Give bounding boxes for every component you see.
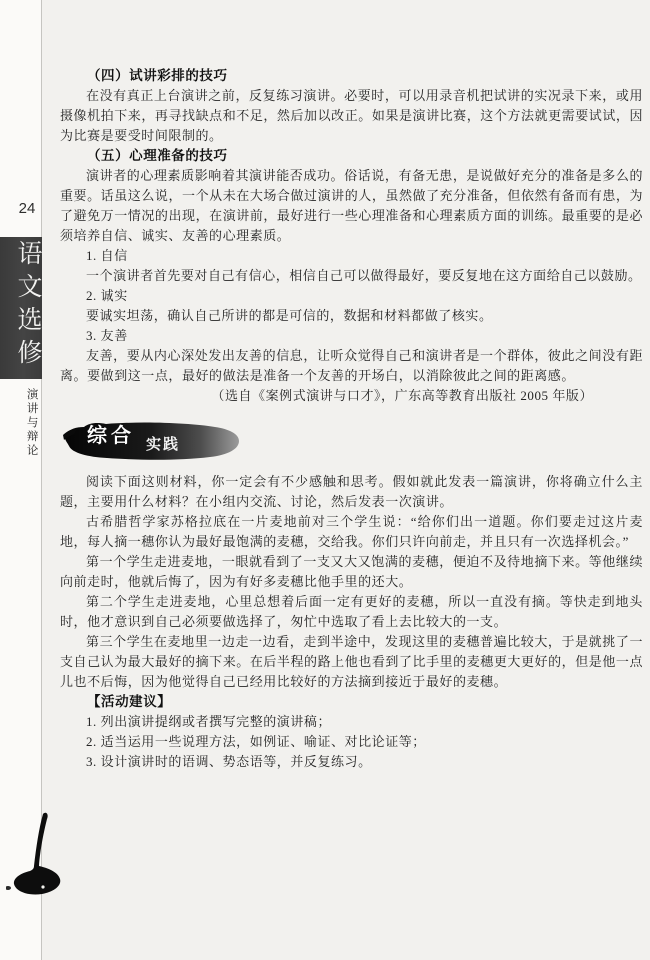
series-title-bar: 语文选修 (0, 237, 42, 379)
story-paragraph: 第三个学生在麦地里一边走一边看，走到半途中，发现这里的麦穗普遍比较大，于是就挑了… (60, 632, 643, 692)
page-content: （四）试讲彩排的技巧 在没有真正上台演讲之前，反复练习演讲。必要时，可以用录音机… (60, 66, 643, 772)
list-item-text: 友善，要从内心深处发出友善的信息，让听众觉得自己和演讲者是一个群体，彼此之间没有… (60, 346, 643, 386)
ink-brush-mark-icon (6, 810, 66, 910)
suggestion-item: 1. 列出演讲提纲或者撰写完整的演讲稿； (60, 712, 643, 732)
section5-intro: 演讲者的心理素质影响着其演讲能否成功。俗话说，有备无患，是说做好充分的准备是多么… (60, 166, 643, 246)
suggestion-item: 3. 设计演讲时的语调、势态语等，并反复练习。 (60, 752, 643, 772)
practice-section-banner: 综合 实践 (62, 420, 244, 460)
story-paragraph: 古希腊哲学家苏格拉底在一片麦地前对三个学生说：“给你们出一道题。你们要走过这片麦… (60, 512, 643, 552)
suggestions-heading: 【活动建议】 (60, 692, 643, 712)
list-item-text: 要诚实坦荡，确认自己所讲的都是可信的，数据和材料都做了核实。 (60, 306, 643, 326)
banner-title: 综合 (87, 426, 135, 446)
list-item-label: 1. 自信 (60, 246, 643, 266)
section4-paragraph: 在没有真正上台演讲之前，反复练习演讲。必要时，可以用录音机把试讲的实况录下来，或… (60, 86, 643, 146)
volume-subtitle: 演讲与辩论 (25, 388, 38, 458)
list-item-label: 2. 诚实 (60, 286, 643, 306)
list-item-text: 一个演讲者首先要对自己有信心，相信自己可以做得最好，要反复地在这方面给自己以鼓励… (60, 266, 643, 286)
story-paragraph: 第一个学生走进麦地，一眼就看到了一支又大又饱满的麦穗，便迫不及待地摘下来。等他继… (60, 552, 643, 592)
banner-subtitle: 实践 (146, 435, 180, 455)
suggestion-item: 2. 适当运用一些说理方法，如例证、喻证、对比论证等； (60, 732, 643, 752)
list-item-label: 3. 友善 (60, 326, 643, 346)
story-paragraph: 第二个学生走进麦地，心里总想着后面一定有更好的麦穗，所以一直没有摘。等快走到地头… (60, 592, 643, 632)
source-citation: （选自《案例式演讲与口才》，广东高等教育出版社 2005 年版） (60, 386, 643, 406)
page-number: 24 (15, 200, 39, 217)
practice-intro: 阅读下面这则材料，你一定会有不少感触和思考。假如就此发表一篇演讲，你将确立什么主… (60, 472, 643, 512)
section-heading-5: （五）心理准备的技巧 (60, 146, 643, 166)
series-title-calligraphy: 语文选修 (15, 240, 40, 372)
section-heading-4: （四）试讲彩排的技巧 (60, 66, 643, 86)
